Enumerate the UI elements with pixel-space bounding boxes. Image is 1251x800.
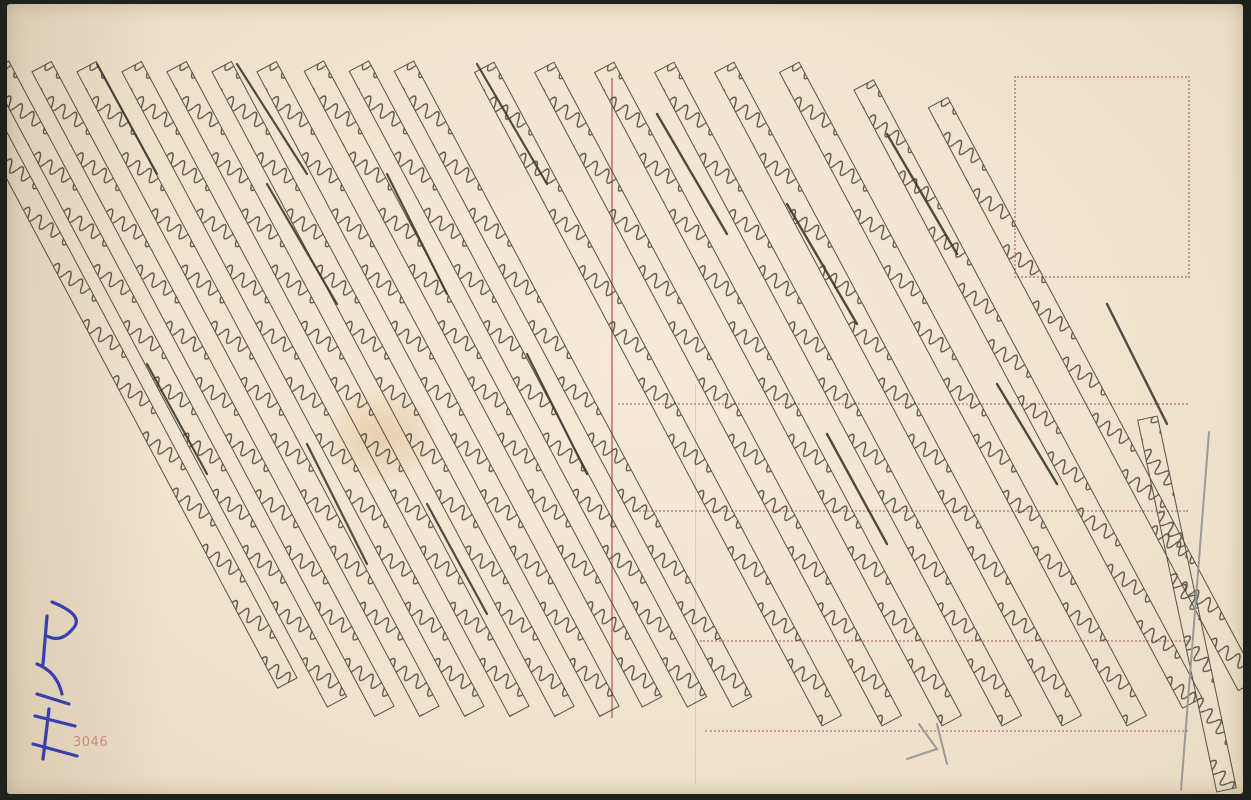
handwriting-layer [7, 4, 1243, 794]
postcard: 3046 Lieber … Fräulein … … 15/4 12. Rück… [7, 4, 1243, 794]
printed-card-number: 3046 [73, 735, 108, 750]
blue-ink-annotation [33, 602, 77, 759]
